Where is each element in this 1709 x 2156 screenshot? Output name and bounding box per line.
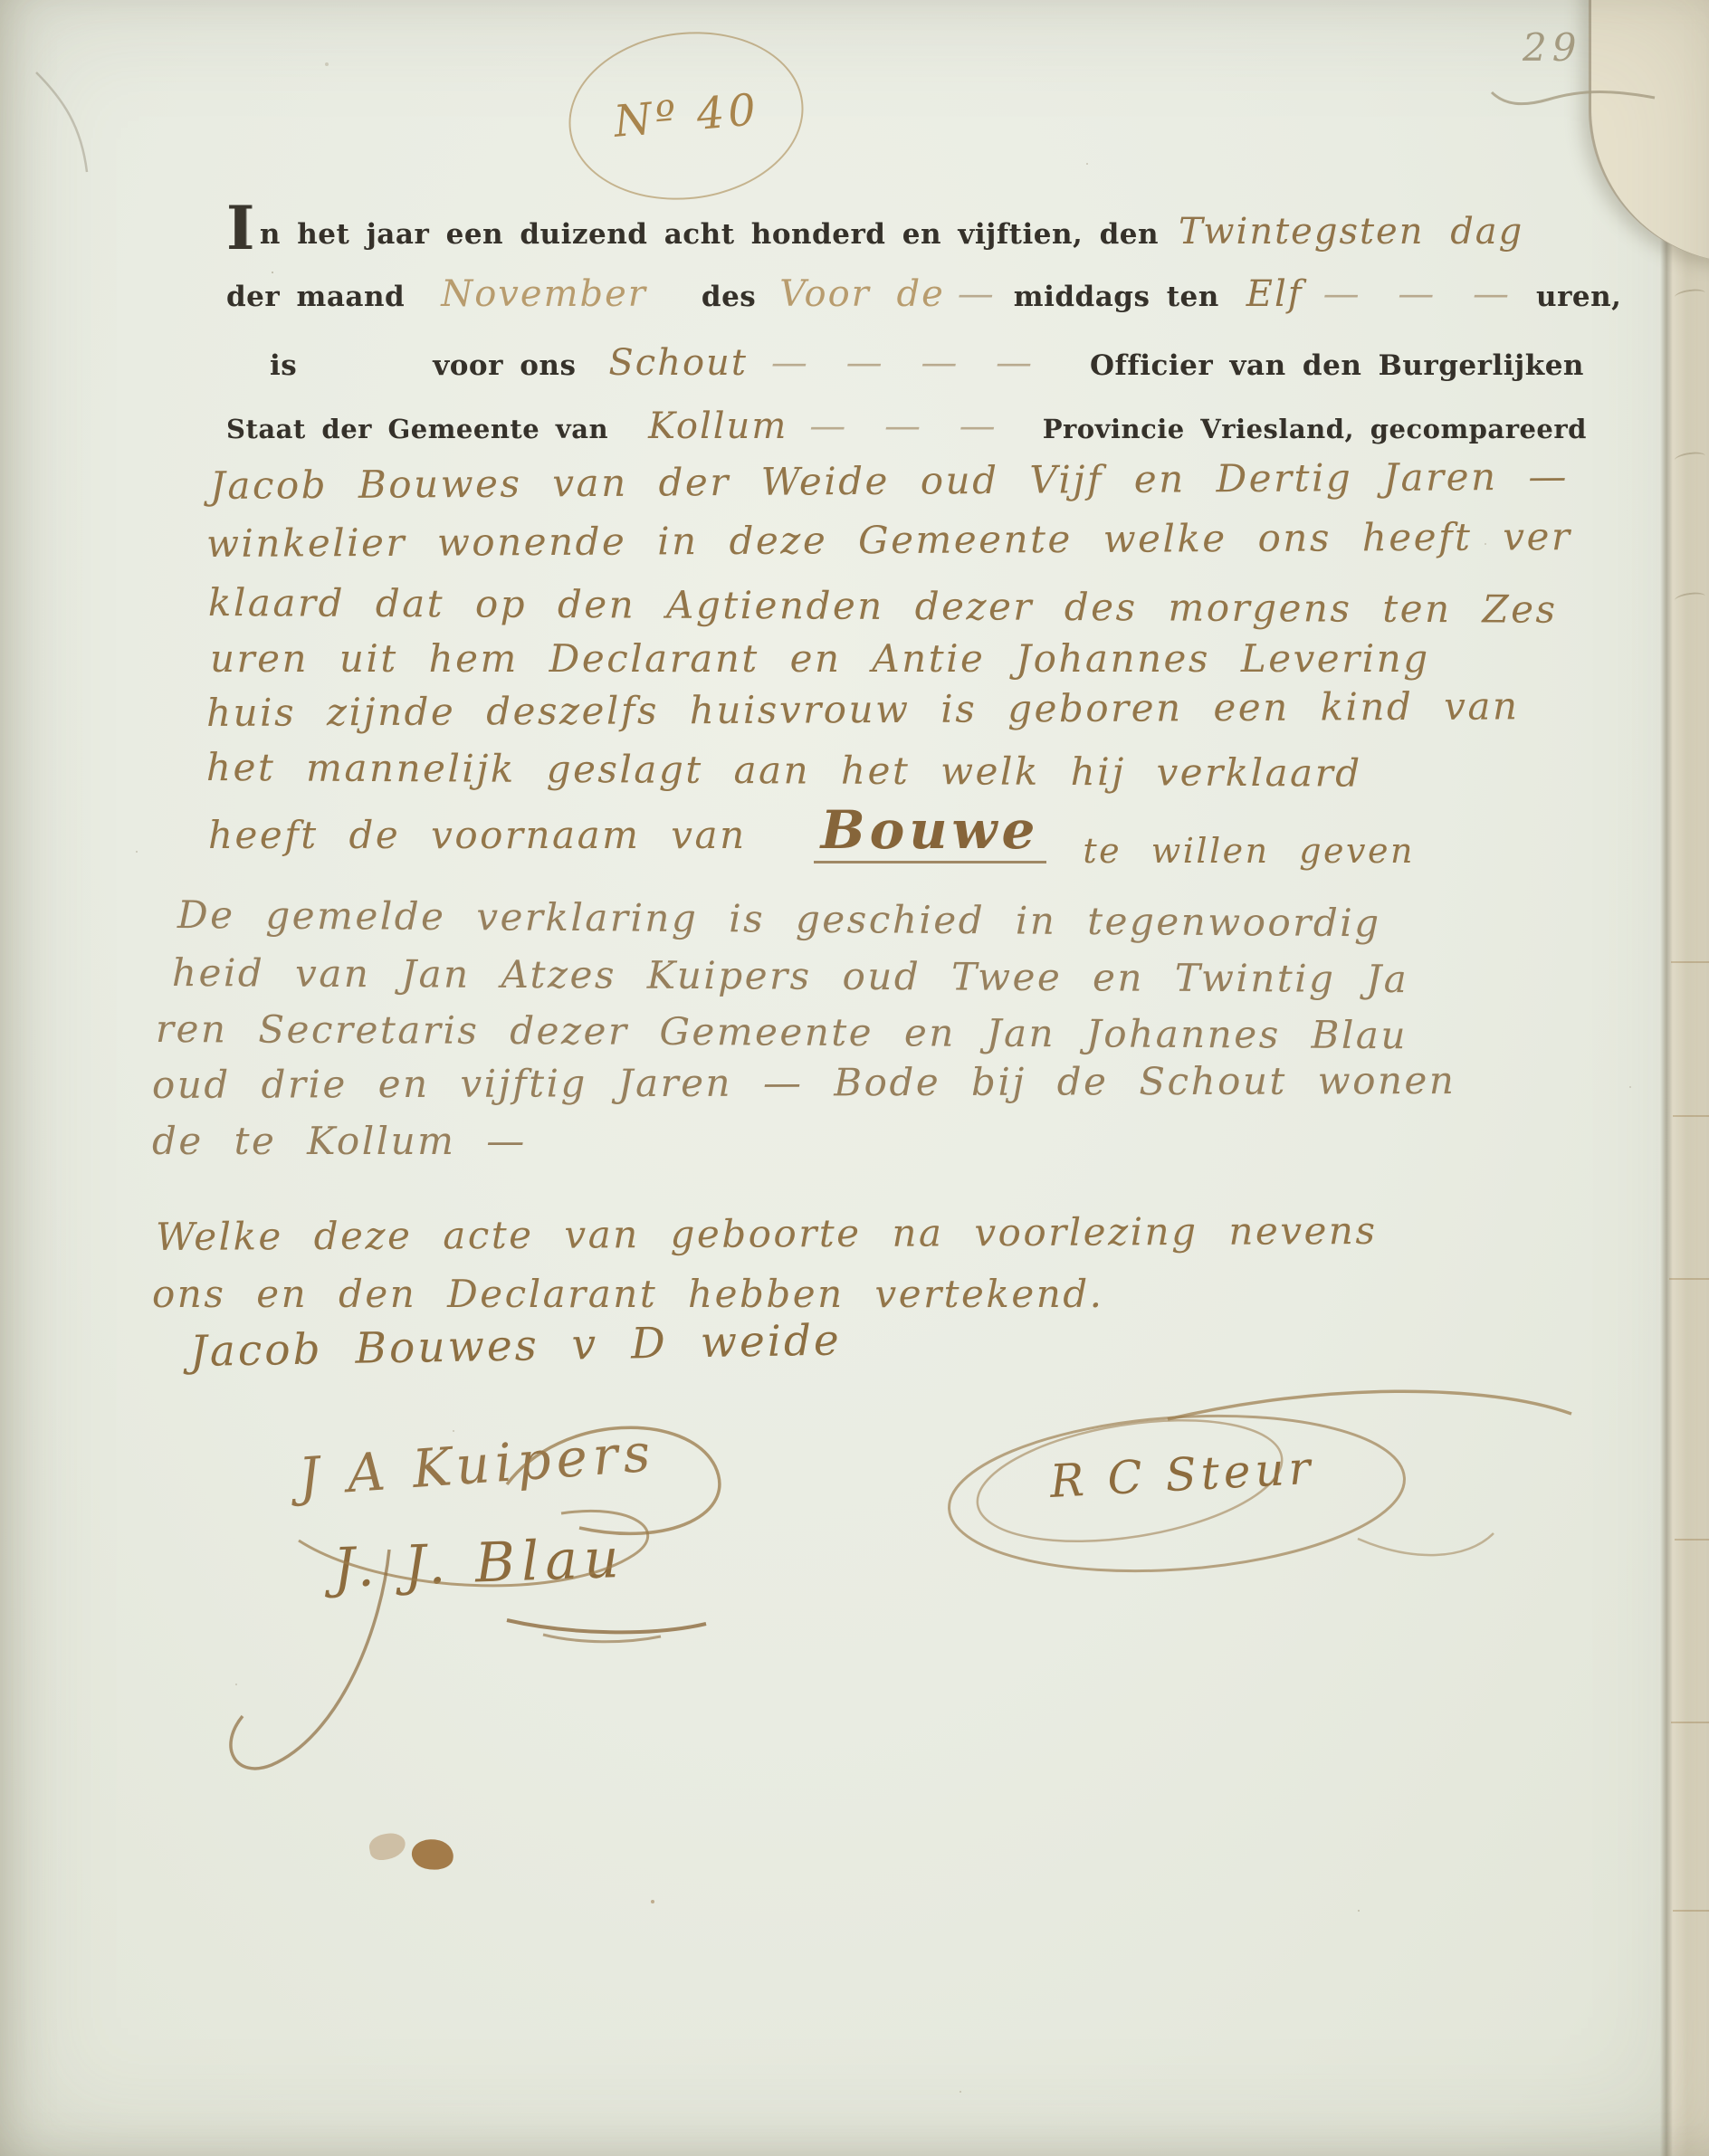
declaration-line: Jacob Bouwes van der Weide oud Vijf en D… <box>210 454 1569 508</box>
printed-text: Staat der Gemeente van <box>226 414 608 444</box>
witness-line: ren Secretaris dezer Gemeente en Jan Joh… <box>156 1006 1408 1057</box>
edge-ruled-line <box>1673 1115 1709 1117</box>
signature-witness1: J A Kuipers <box>297 1422 658 1508</box>
witness-line: oud drie en vijftig Jaren — Bode bij de … <box>152 1058 1456 1107</box>
hw-municipality: Kollum <box>648 405 788 447</box>
declaration-line: het mannelijk geslagt aan het welk hij v… <box>206 745 1362 796</box>
page-corner-flap <box>1589 0 1709 262</box>
declaration-line: winkelier wonende in deze Gemeente welke… <box>206 514 1572 566</box>
declarant-signature: Jacob Bouwes v D weide <box>190 1315 843 1377</box>
act-number-circle: Nº 40 <box>559 19 813 213</box>
witness-line: De gemelde verklaring is geschied in teg… <box>177 892 1381 945</box>
printed-text: des <box>702 281 756 313</box>
printed-text: uren, <box>1536 281 1621 313</box>
printed-text: voor ons <box>433 349 576 382</box>
declaration-after-name: te willen geven <box>1083 831 1415 871</box>
printed-text: der maand <box>226 281 405 313</box>
edge-ruled-line <box>1671 1722 1709 1723</box>
child-name: Bouwe <box>814 799 1047 863</box>
header-line-4: Staat der Gemeente van Kollum — — — Prov… <box>226 405 1587 447</box>
header-line-2: der maand November des Voor de — middags… <box>226 273 1621 315</box>
edge-ruled-line <box>1675 1539 1709 1541</box>
printed-text: Officier van den Burgerlijken <box>1090 349 1584 382</box>
ink-stain-dark <box>409 1835 457 1875</box>
declaration-line: uren uit hem Declarant en Antie Johannes… <box>210 636 1430 681</box>
printed-text: n het jaar een duizend acht honderd en v… <box>260 218 1159 251</box>
declaration-line: klaard dat op den Agtienden dezer des mo… <box>208 580 1558 632</box>
folio-number: 29 <box>1523 25 1581 70</box>
ornate-initial: I <box>226 210 254 246</box>
header-line-1: In het jaar een duizend acht honderd en … <box>226 205 1523 253</box>
ink-stain-light <box>368 1831 407 1863</box>
act-number: Nº 40 <box>611 84 760 148</box>
birth-record-page: Nº 40 29 In het jaar een duizend acht ho… <box>0 0 1709 2156</box>
hw-day: Twintegsten dag <box>1179 211 1523 253</box>
header-line-3: is voor ons Schout — — — — Officier van … <box>226 342 1584 384</box>
hw-dash: — — — — <box>771 342 1039 384</box>
hw-hour: Elf <box>1246 273 1303 315</box>
declaration-line: heeft de voornaam van <box>208 813 747 857</box>
witness-line: heid van Jan Atzes Kuipers oud Twee en T… <box>172 950 1409 1001</box>
hw-dash: — — — <box>809 405 1002 447</box>
printed-text: is <box>270 349 297 382</box>
signature-witness2: J. J. Blau <box>332 1527 626 1600</box>
witness-line: de te Kollum — <box>152 1119 527 1163</box>
hw-official-title: Schout <box>608 342 747 384</box>
edge-ruled-line <box>1673 1910 1709 1912</box>
printed-text: Provincie Vriesland, gecompareerd <box>1043 414 1587 444</box>
page-edge-band <box>1660 0 1709 2156</box>
declaration-line-childname: heeft de voornaam van Bouwe te willen ge… <box>208 799 1415 863</box>
hw-month: November <box>441 273 647 315</box>
hw-dash: — — — <box>1323 273 1516 315</box>
edge-ruled-line <box>1669 1278 1709 1280</box>
hw-daypart: Voor de <box>779 273 945 315</box>
edge-ruled-line <box>1671 961 1709 963</box>
declaration-line: huis zijnde deszelfs huisvrouw is gebore… <box>206 683 1520 735</box>
closing-line: Welke deze acte van geboorte na voorlezi… <box>156 1208 1378 1259</box>
hw-dash: — <box>958 273 1001 315</box>
printed-text: middags ten <box>1014 281 1219 313</box>
paper-specks <box>272 272 273 273</box>
signature-official: R C Steur <box>1048 1442 1315 1508</box>
closing-line: ons en den Declarant hebben vertekend. <box>152 1272 1103 1316</box>
